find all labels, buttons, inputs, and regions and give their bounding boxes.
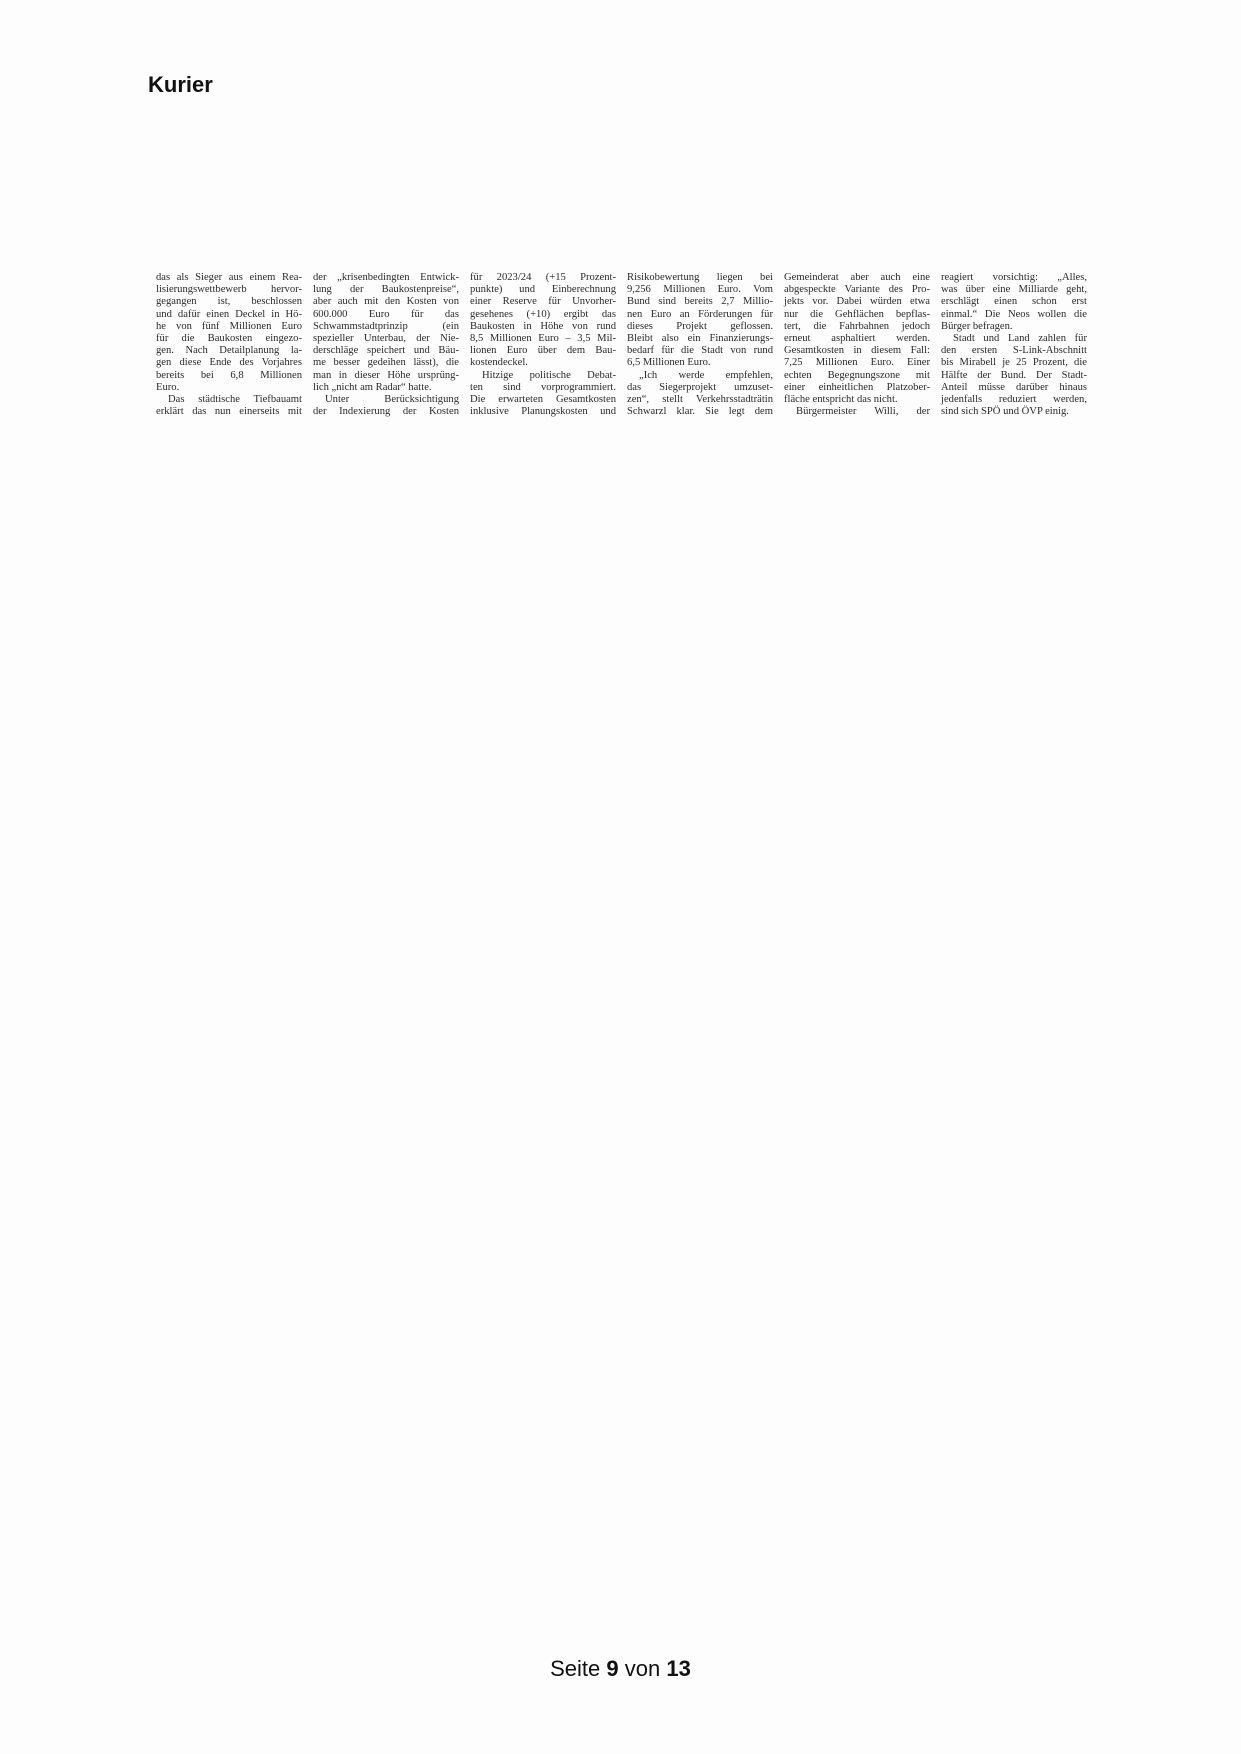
source-title: Kurier [148,72,213,98]
text-line: Bürger befragen. [941,321,1087,333]
text-line: derschläge speichert und Bäu- [313,345,459,357]
article-column-2: der „krisenbedingten Entwick- lung der B… [313,272,459,418]
current-page-number: 9 [606,1656,618,1681]
text-line: Bürgermeister Willi, der [784,406,930,418]
text-line: nur die Gehflächen bepflas- [784,309,930,321]
text-line: lich „nicht am Radar“ hatte. [313,382,459,394]
text-line: Euro. [156,382,302,394]
text-line: bis Mirabell je 25 Prozent, die [941,357,1087,369]
article-column-5: Gemeinderat aber auch eine abgespeckte V… [784,272,930,418]
text-line: erneut asphaltiert werden. [784,333,930,345]
text-line: kostendeckel. [470,357,616,369]
text-line: einer Reserve für Unvorher- [470,296,616,308]
text-line: nen Euro an Förderungen für [627,309,773,321]
text-line: lionen Euro über dem Bau- [470,345,616,357]
text-line: punkte) und Einberechnung [470,284,616,296]
article-clipping: das als Sieger aus einem Rea- lisierungs… [156,272,1091,432]
text-line: gen diese Ende des Vorjahres [156,357,302,369]
text-line: zen“, stellt Verkehrsstadträtin [627,394,773,406]
text-line: der Indexierung der Kosten [313,406,459,418]
text-line: erschlägt einen schon erst [941,296,1087,308]
text-line: den ersten S-Link-Abschnitt [941,345,1087,357]
text-line: Die erwarteten Gesamtkosten [470,394,616,406]
text-line: Bleibt also ein Finanzierungs- [627,333,773,345]
text-line: „Ich werde empfehlen, [627,370,773,382]
text-line: he von fünf Millionen Euro [156,321,302,333]
text-line: einmal.“ Die Neos wollen die [941,309,1087,321]
text-line: lisierungswettbewerb hervor- [156,284,302,296]
text-line: das als Sieger aus einem Rea- [156,272,302,284]
text-line: für die Baukosten eingezo- [156,333,302,345]
text-line: Baukosten in Höhe von rund [470,321,616,333]
article-column-4: Risikobewertung liegen bei 9,256 Million… [627,272,773,418]
text-line: Gemeinderat aber auch eine [784,272,930,284]
text-line: bedarf für die Stadt von rund [627,345,773,357]
text-line: gen. Nach Detailplanung la- [156,345,302,357]
text-line: lung der Baukostenpreise“, [313,284,459,296]
text-line: tert, die Fahrbahnen jedoch [784,321,930,333]
text-line: Risikobewertung liegen bei [627,272,773,284]
text-line: Hälfte der Bund. Der Stadt- [941,370,1087,382]
text-line: echten Begegnungszone mit [784,370,930,382]
text-line: Unter Berücksichtigung [313,394,459,406]
text-line: 8,5 Millionen Euro – 3,5 Mil- [470,333,616,345]
text-line: 9,256 Millionen Euro. Vom [627,284,773,296]
text-line: ten sind vorprogrammiert. [470,382,616,394]
text-line: gegangen ist, beschlossen [156,296,302,308]
text-line: erklärt das nun einerseits mit [156,406,302,418]
text-line: dieses Projekt geflossen. [627,321,773,333]
text-line: Anteil müsse darüber hinaus [941,382,1087,394]
text-line: fläche entspricht das nicht. [784,394,930,406]
text-line: und dafür einen Deckel in Hö- [156,309,302,321]
text-line: Schwammstadtprinzip (ein [313,321,459,333]
text-line: inklusive Planungskosten und [470,406,616,418]
text-line: 600.000 Euro für das [313,309,459,321]
article-column-1: das als Sieger aus einem Rea- lisierungs… [156,272,302,418]
page-number-footer: Seite 9 von 13 [0,1656,1241,1682]
text-line: spezieller Unterbau, der Nie- [313,333,459,345]
article-column-6: reagiert vorsichtig: „Alles, was über ei… [941,272,1087,418]
text-line: reagiert vorsichtig: „Alles, [941,272,1087,284]
text-line: Stadt und Land zahlen für [941,333,1087,345]
text-line: bereits bei 6,8 Millionen [156,370,302,382]
text-line: Das städtische Tiefbauamt [156,394,302,406]
article-column-3: für 2023/24 (+15 Prozent- punkte) und Ei… [470,272,616,418]
text-line: abgespeckte Variante des Pro- [784,284,930,296]
text-line: der „krisenbedingten Entwick- [313,272,459,284]
page-label: Seite [550,1656,600,1681]
text-line: Gesamtkosten in diesem Fall: [784,345,930,357]
text-line: jekts vor. Dabei würden etwa [784,296,930,308]
text-line: für 2023/24 (+15 Prozent- [470,272,616,284]
total-pages-number: 13 [666,1656,690,1681]
text-line: 6,5 Millionen Euro. [627,357,773,369]
text-line: sind sich SPÖ und ÖVP einig. [941,406,1087,418]
text-line: Bund sind bereits 2,7 Millio- [627,296,773,308]
text-line: me besser gedeihen lässt), die [313,357,459,369]
text-line: man in dieser Höhe ursprüng- [313,370,459,382]
text-line: jedenfalls reduziert werden, [941,394,1087,406]
text-line: Schwarzl klar. Sie legt dem [627,406,773,418]
text-line: einer einheitlichen Platzober- [784,382,930,394]
text-line: 7,25 Millionen Euro. Einer [784,357,930,369]
text-line: das Siegerprojekt umzuset- [627,382,773,394]
text-line: gesehenes (+10) ergibt das [470,309,616,321]
text-line: was über eine Milliarde geht, [941,284,1087,296]
of-label: von [625,1656,660,1681]
text-line: Hitzige politische Debat- [470,370,616,382]
text-line: aber auch mit den Kosten von [313,296,459,308]
